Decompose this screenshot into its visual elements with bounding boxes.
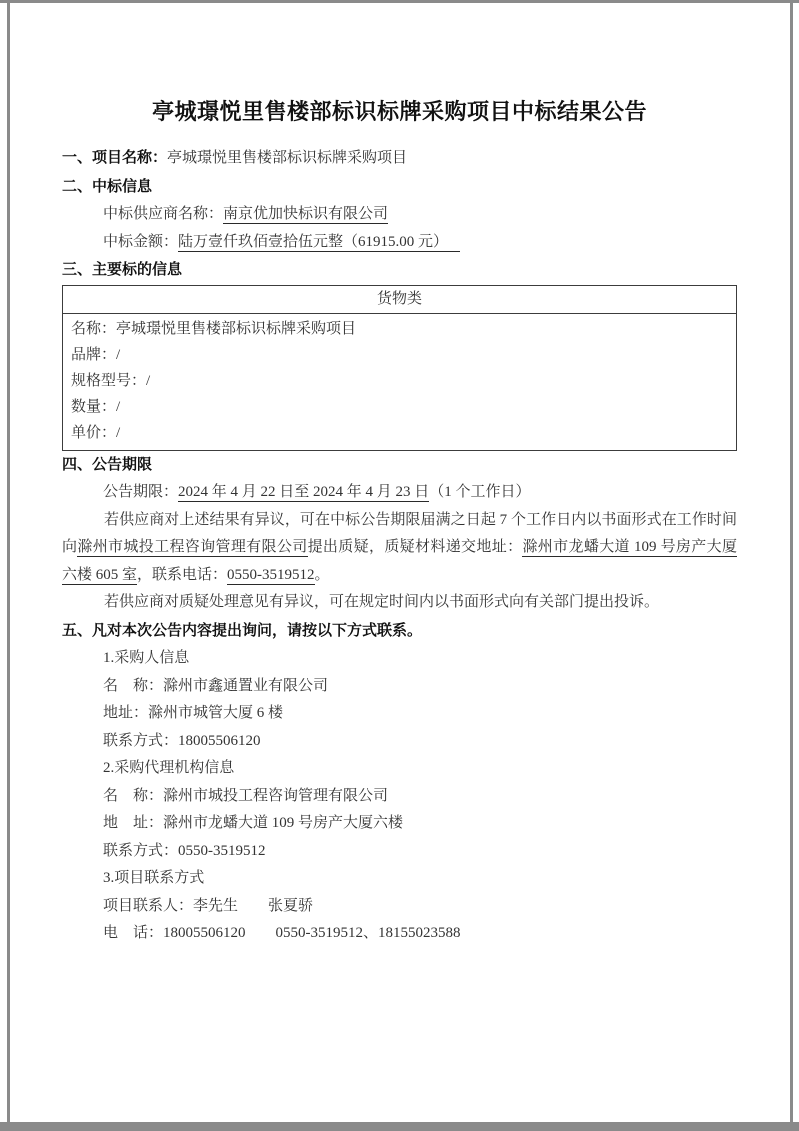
agency-name-underlined: 滁州市城投工程咨询管理有限公司 (77, 539, 307, 557)
section-5-heading: 五、凡对本次公告内容提出询问，请按以下方式联系。 (62, 622, 422, 639)
supplier-line: 中标供应商名称：南京优加快标识有限公司 (62, 201, 737, 229)
amount-label: 中标金额： (103, 234, 178, 250)
section-3-heading: 三、主要标的信息 (62, 261, 182, 278)
supplier-label: 中标供应商名称： (103, 206, 223, 222)
objection-text: 提出质疑，质疑材料递交地址： (308, 539, 523, 555)
document-page: 亭城璟悦里售楼部标识标牌采购项目中标结果公告 一、项目名称：亭城璟悦里售楼部标识… (0, 0, 799, 1131)
section-2-heading: 二、中标信息 (62, 178, 152, 195)
objection-text: 。 (315, 567, 330, 583)
goods-table: 货物类 名称：亭城璟悦里售楼部标识标牌采购项目 品牌：/ 规格型号：/ 数量：/… (62, 285, 737, 451)
goods-table-body: 名称：亭城璟悦里售楼部标识标牌采购项目 品牌：/ 规格型号：/ 数量：/ 单价：… (63, 314, 736, 450)
document-content: 亭城璟悦里售楼部标识标牌采购项目中标结果公告 一、项目名称：亭城璟悦里售楼部标识… (0, 0, 799, 948)
contact-line: 3.项目联系方式 (62, 865, 737, 893)
contact-line: 地址：滁州市城管大厦 6 楼 (62, 700, 737, 728)
contact-line: 1.采购人信息 (62, 645, 737, 673)
contact-line: 项目联系人：李先生 张夏骄 (62, 893, 737, 921)
notice-period-value: 2024 年 4 月 22 日至 2024 年 4 月 23 日 (178, 484, 429, 502)
table-row: 名称：亭城璟悦里售楼部标识标牌采购项目 (71, 316, 728, 342)
notice-period-suffix: （1 个工作日） (429, 484, 530, 500)
amount-line: 中标金额：陆万壹仟玖佰壹拾伍元整（61915.00 元） (62, 229, 737, 257)
contact-line: 地 址：滁州市龙蟠大道 109 号房产大厦六楼 (62, 810, 737, 838)
contact-line: 名 称：滁州市城投工程咨询管理有限公司 (62, 783, 737, 811)
goods-table-header: 货物类 (63, 286, 736, 314)
notice-period-line: 公告期限：2024 年 4 月 22 日至 2024 年 4 月 23 日（1 … (62, 479, 737, 507)
page-title: 亭城璟悦里售楼部标识标牌采购项目中标结果公告 (62, 95, 737, 129)
section-1-heading-line: 一、项目名称：亭城璟悦里售楼部标识标牌采购项目 (62, 144, 737, 173)
contact-line: 2.采购代理机构信息 (62, 755, 737, 783)
table-row: 单价：/ (71, 420, 728, 446)
section-1-heading: 一、项目名称： (62, 149, 167, 166)
section-2-heading-line: 二、中标信息 (62, 173, 737, 202)
contact-line: 名 称：滁州市鑫通置业有限公司 (62, 673, 737, 701)
section-5-heading-line: 五、凡对本次公告内容提出询问，请按以下方式联系。 (62, 617, 737, 646)
contact-line: 电 话：18005506120 0550-3519512、18155023588 (62, 920, 737, 948)
table-row: 数量：/ (71, 394, 728, 420)
section-4-heading: 四、公告期限 (62, 456, 152, 473)
supplier-name: 南京优加快标识有限公司 (223, 206, 388, 224)
objection-text: ，联系电话： (137, 567, 227, 583)
contact-line: 联系方式：18005506120 (62, 728, 737, 756)
notice-period-label: 公告期限： (103, 484, 178, 500)
contact-line: 联系方式：0550-3519512 (62, 838, 737, 866)
project-name-text: 亭城璟悦里售楼部标识标牌采购项目 (167, 150, 407, 166)
section-4-heading-line: 四、公告期限 (62, 451, 737, 480)
table-row: 品牌：/ (71, 342, 728, 368)
complaint-paragraph: 若供应商对质疑处理意见有异议，可在规定时间内以书面形式向有关部门提出投诉。 (62, 589, 737, 617)
contact-phone-underlined: 0550-3519512 (227, 567, 315, 585)
page-frame-bottom (0, 1122, 799, 1131)
section-3-heading-line: 三、主要标的信息 (62, 256, 737, 285)
table-row: 规格型号：/ (71, 368, 728, 394)
amount-value: 陆万壹仟玖佰壹拾伍元整（61915.00 元） (178, 234, 460, 252)
objection-paragraph: 若供应商对上述结果有异议，可在中标公告期限届满之日起 7 个工作日内以书面形式在… (62, 507, 737, 590)
